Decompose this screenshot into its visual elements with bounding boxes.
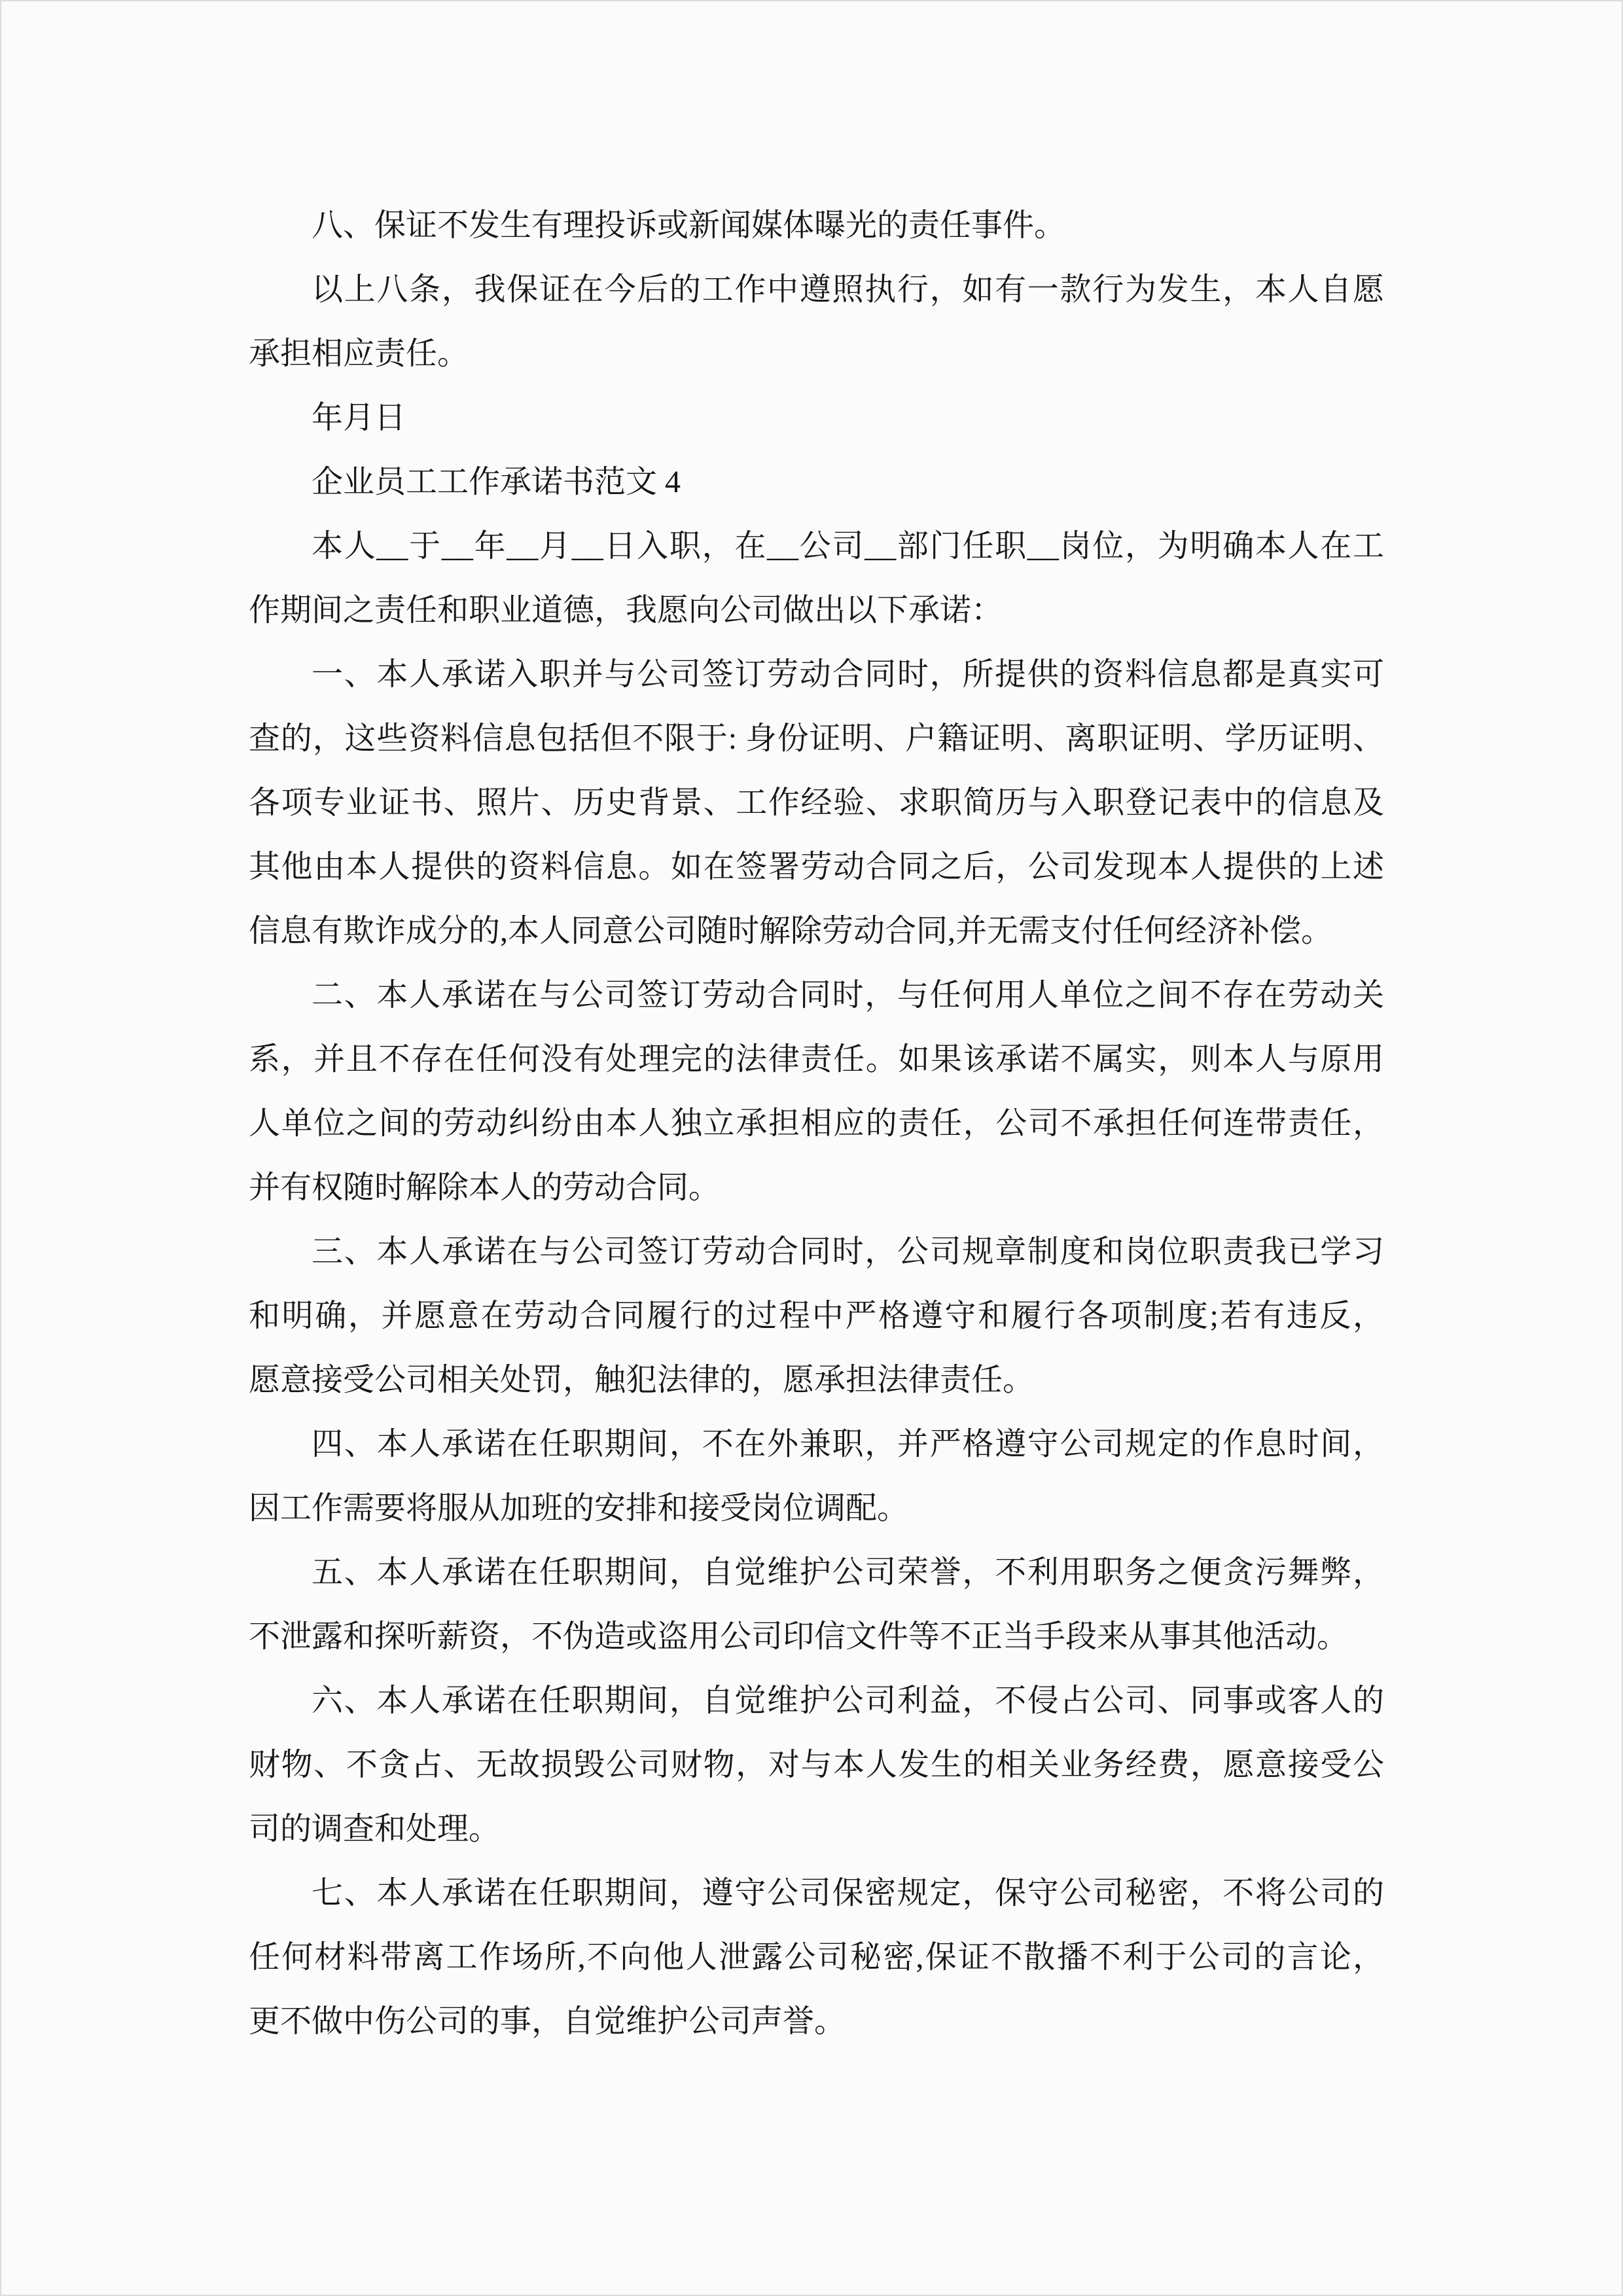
text-line: 查的，这些资料信息包括但不限于: 身份证明、户籍证明、离职证明、学历证明、: [249, 707, 1384, 771]
text-line: 和明确，并愿意在劳动合同履行的过程中严格遵守和履行各项制度;若有违反，: [249, 1284, 1384, 1348]
text-line: 作期间之责任和职业道德，我愿向公司做出以下承诺：: [249, 579, 1384, 643]
text-line: 八、保证不发生有理投诉或新闻媒体曝光的责任事件。: [249, 194, 1384, 258]
text-line: 信息有欺诈成分的,本人同意公司随时解除劳动合同,并无需支付任何经济补偿。: [249, 899, 1384, 963]
text-line: 五、本人承诺在任职期间，自觉维护公司荣誉，不利用职务之便贪污舞弊，: [249, 1541, 1384, 1605]
text-line: 三、本人承诺在与公司签订劳动合同时，公司规章制度和岗位职责我已学习: [249, 1220, 1384, 1284]
text-line: 并有权随时解除本人的劳动合同。: [249, 1156, 1384, 1220]
text-line: 年月日: [249, 386, 1384, 450]
text-line: 承担相应责任。: [249, 322, 1384, 386]
text-line: 人单位之间的劳动纠纷由本人独立承担相应的责任，公司不承担任何连带责任，: [249, 1092, 1384, 1156]
text-line: 本人__于__年__月__日入职，在__公司__部门任职__岗位，为明确本人在工: [249, 514, 1384, 579]
document-body: 八、保证不发生有理投诉或新闻媒体曝光的责任事件。 以上八条，我保证在今后的工作中…: [249, 194, 1384, 2054]
text-line: 愿意接受公司相关处罚，触犯法律的，愿承担法律责任。: [249, 1348, 1384, 1412]
text-line: 一、本人承诺入职并与公司签订劳动合同时，所提供的资料信息都是真实可: [249, 643, 1384, 707]
text-line: 各项专业证书、照片、历史背景、工作经验、求职简历与入职登记表中的信息及: [249, 771, 1384, 835]
document-section-title: 企业员工工作承诺书范文 4: [249, 450, 1384, 514]
text-line: 因工作需要将服从加班的安排和接受岗位调配。: [249, 1477, 1384, 1541]
text-line: 财物、不贪占、无故损毁公司财物，对与本人发生的相关业务经费，愿意接受公: [249, 1733, 1384, 1797]
text-line: 其他由本人提供的资料信息。如在签署劳动合同之后，公司发现本人提供的上述: [249, 835, 1384, 899]
text-line: 不泄露和探听薪资，不伪造或盗用公司印信文件等不正当手段来从事其他活动。: [249, 1605, 1384, 1669]
text-line: 任何材料带离工作场所,不向他人泄露公司秘密,保证不散播不利于公司的言论，: [249, 1926, 1384, 1990]
text-line: 四、本人承诺在任职期间，不在外兼职，并严格遵守公司规定的作息时间，: [249, 1412, 1384, 1477]
text-line: 更不做中伤公司的事，自觉维护公司声誉。: [249, 1990, 1384, 2054]
text-line: 以上八条，我保证在今后的工作中遵照执行，如有一款行为发生，本人自愿: [249, 258, 1384, 322]
text-line: 司的调查和处理。: [249, 1797, 1384, 1861]
document-page: 八、保证不发生有理投诉或新闻媒体曝光的责任事件。 以上八条，我保证在今后的工作中…: [0, 0, 1623, 2296]
text-line: 二、本人承诺在与公司签订劳动合同时，与任何用人单位之间不存在劳动关: [249, 963, 1384, 1028]
text-line: 系，并且不存在任何没有处理完的法律责任。如果该承诺不属实，则本人与原用: [249, 1028, 1384, 1092]
text-line: 七、本人承诺在任职期间，遵守公司保密规定，保守公司秘密，不将公司的: [249, 1861, 1384, 1926]
text-line: 六、本人承诺在任职期间，自觉维护公司利益，不侵占公司、同事或客人的: [249, 1669, 1384, 1733]
